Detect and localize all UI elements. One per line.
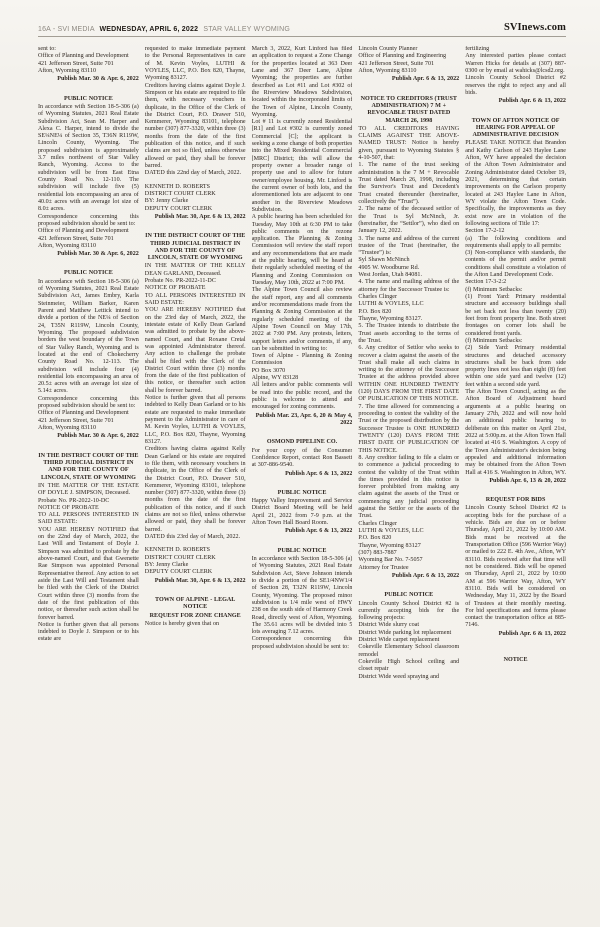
notice-text: Notice is hereby given that on: [145, 621, 246, 628]
notice-text: Office of Planning and Development: [38, 410, 139, 417]
publish-line: Publish Apr. 6 & 13, 2022: [465, 98, 566, 105]
notice-text: Office of Planning and Development: [38, 228, 139, 235]
notice-text: LUTHI & VOYLES, LLC: [358, 301, 459, 308]
notice-text: BY: Jenny Clarke: [145, 562, 246, 569]
notice-text: Probate No. PR-2022-10-DC: [38, 498, 139, 505]
notice-text: Wyoming Bar No. 7-5057: [358, 557, 459, 564]
notice-text: In accordance with Section 18-5-306 (a) …: [38, 279, 139, 396]
notice-heading: PUBLIC NOTICE: [38, 270, 139, 277]
notice-text: IN THE MATTER OF THE ESTATE OF DOYLE J. …: [38, 483, 139, 498]
notice-text: Office of Planning and Development: [38, 53, 139, 60]
notice-text: District Wide parking lot replacement: [358, 630, 459, 637]
notice-text: Cokeville Elementary School classroom re…: [358, 644, 459, 659]
notice-text: Correspondence concerning this proposed …: [252, 636, 353, 651]
notice-heading: REQUEST FOR BIDS: [465, 497, 566, 504]
publish-line: Publish Apr. 6 & 13, 2022: [358, 76, 459, 83]
notice-heading: NOTICE TO CREDITORS (TRUST ADMINISTRATIO…: [358, 96, 459, 125]
notice-text: YOU ARE HEREBY NOTIFIED that on the 22nd…: [38, 527, 139, 622]
header-region: STAR VALLEY WYOMING: [203, 26, 290, 33]
notice-text: Afton, Wyoming 83110: [38, 425, 139, 432]
notice-text: DISTRICT COURT CLERK: [145, 555, 246, 562]
notice-columns: sent to:Office of Planning and Developme…: [38, 46, 566, 920]
notice-text: (307) 883-7887: [358, 550, 459, 557]
header-date: WEDNESDAY, APRIL 6, 2022: [99, 26, 198, 33]
notice-text: The Alpine Town Council also review the …: [252, 287, 353, 353]
publish-line: Publish Apr. 6 & 13, 2022: [465, 631, 566, 638]
notice-text: Section 17-3-2:2: [465, 279, 566, 286]
publish-line: Publish Mar. 30 & Apr. 6, 2022: [38, 251, 139, 258]
notice-text: P.O. Box 820: [358, 535, 459, 542]
notice-text: PO Box 3070: [252, 368, 353, 375]
publish-line: Publish Mar. 30 & Apr. 6, 2022: [38, 433, 139, 440]
notice-column-5: fertilizingAny interested parties please…: [465, 46, 566, 920]
notice-text: Afton, Wyoming 83110: [358, 68, 459, 75]
notice-heading: OSMOND PIPELINE CO.: [252, 439, 353, 446]
notice-text: Any interested parties please contact Wa…: [465, 53, 566, 75]
notice-text: Notice is further given that all persons…: [145, 395, 246, 446]
notice-text: LUTHI & VOYLES, LLC: [358, 528, 459, 535]
notice-text: Correspondence concerning this proposed …: [38, 214, 139, 229]
notice-text: DEPUTY COURT CLERK: [145, 206, 246, 213]
notice-text: Office of Planning and Engineering: [358, 53, 459, 60]
notice-text: 7. The time allowed for commencing a pro…: [358, 404, 459, 455]
notice-text: In accordance with Section 18-5-306 (a) …: [252, 556, 353, 636]
notice-column-3: March 3, 2022, Kurt Linford has filed an…: [252, 46, 353, 920]
publish-line: Publish Apr. 6, 13 & 20, 2022: [465, 478, 566, 485]
notice-text: DEPUTY COURT CLERK: [145, 569, 246, 576]
notice-text: DISTRICT COURT CLERK: [145, 191, 246, 198]
notice-column-4: Lincoln County PlannerOffice of Planning…: [358, 46, 459, 920]
notice-text: District Wide weed spraying and: [358, 674, 459, 681]
spacer: [465, 650, 566, 656]
notice-text: 421 Jefferson Street, Suite 701: [38, 418, 139, 425]
notice-heading: IN THE DISTRICT COURT OF THE THIRD JUDIC…: [38, 453, 139, 482]
notice-column-1: sent to:Office of Planning and Developme…: [38, 46, 139, 920]
notice-text: 2. The name of the deceased settlor of t…: [358, 206, 459, 235]
newspaper-page: 16A - SVI MEDIA WEDNESDAY, APRIL 6, 2022…: [0, 0, 600, 927]
publish-line: Publish Apr. 6 & 13, 2022: [252, 528, 353, 535]
publish-line: Publish Mar. 30 & Apr. 6, 2022: [38, 76, 139, 83]
notice-text: Lincoln County School District #2 is cur…: [358, 601, 459, 623]
notice-heading: PUBLIC NOTICE: [252, 490, 353, 497]
notice-heading: IN THE DISTRICT COURT OF THE THIRD JUDIC…: [145, 233, 246, 262]
notice-text: (1) Front Yard: Primary residential stru…: [465, 294, 566, 338]
notice-text: DATED this 23rd day of March, 2022.: [145, 534, 246, 541]
notice-text: Notice is further given that all persons…: [38, 622, 139, 644]
notice-text: 1. The name of the trust seeking adminis…: [358, 162, 459, 206]
notice-text: PLEASE TAKE NOTICE that Brandon and Kath…: [465, 140, 566, 228]
notice-text: 8. Any creditor failing to file a claim …: [358, 455, 459, 521]
notice-text: All letters and/or public comments will …: [252, 382, 353, 411]
notice-text: 3. The name and address of the current t…: [358, 236, 459, 258]
notice-text: Alpine, WY 83128: [252, 375, 353, 382]
notice-heading: TOWN OF ALPINE - LEGAL NOTICE: [145, 597, 246, 612]
notice-text: 421 Jefferson Street, Suite 701: [38, 236, 139, 243]
notice-text: 6. Any creditor of Settlor who seeks to …: [358, 345, 459, 404]
notice-text: Lincoln County School District #2 reserv…: [465, 75, 566, 97]
notice-text: requested to make immediate payment to t…: [145, 46, 246, 83]
notice-text: P.O. Box 820: [358, 309, 459, 316]
notice-text: Creditors having claims against Kelly De…: [145, 446, 246, 534]
notice-text: The Afton Town Council, acting as the Af…: [465, 389, 566, 477]
notice-text: KENNETH D. ROBERTS: [145, 547, 246, 554]
notice-text: Cokeville High School ceiling and closet…: [358, 659, 459, 674]
notice-text: A public hearing has been scheduled for …: [252, 214, 353, 287]
notice-text: Correspondence concerning this proposed …: [38, 396, 139, 411]
publish-line: Publish Mar. 30, Apr. 6 & 13, 2022: [145, 214, 246, 221]
notice-text: Section 17-2-12: [465, 228, 566, 235]
notice-text: NOTICE OF PROBATE: [145, 285, 246, 292]
notice-text: (3) Non-compliance with standards, the c…: [465, 250, 566, 279]
notice-text: Probate No. PR-2022-11-DC: [145, 278, 246, 285]
notice-text: fertilizing: [465, 46, 566, 53]
notice-text: Town of Alpine - Planning & Zoning Commi…: [252, 353, 353, 368]
notice-heading: PUBLIC NOTICE: [358, 592, 459, 599]
notice-heading: NOTICE: [465, 657, 566, 664]
site-brand: SVInews.com: [504, 22, 566, 33]
publish-line: Publish Apr. 6 & 13, 2022: [252, 471, 353, 478]
notice-text: District Wide slurry coat: [358, 622, 459, 629]
notice-text: Attorney for Trustee: [358, 565, 459, 572]
publish-line: Publish Mar. 30, Apr. 6 & 13, 2022: [145, 578, 246, 585]
notice-text: Happy Valley Improvement and Service Dis…: [252, 498, 353, 527]
notice-text: Thayne, Wyoming 83127.: [358, 316, 459, 323]
notice-text: 421 Jefferson Street, Suite 701: [358, 61, 459, 68]
notice-heading: REQUEST FOR ZONE CHANGE: [145, 613, 246, 620]
notice-text: 4. The name and mailing address of the a…: [358, 279, 459, 294]
notice-text: Syl Shawn McNinch: [358, 257, 459, 264]
notice-text: Afton, Wyoming 83110: [38, 243, 139, 250]
notice-text: KENNETH D. ROBERTS: [145, 184, 246, 191]
page-number: 16A - SVI MEDIA: [38, 26, 94, 33]
notice-text: Lincoln County School District #2 is acc…: [465, 505, 566, 629]
notice-text: TO ALL CREDITORS HAVING CLAIMS AGAINST T…: [358, 126, 459, 163]
notice-text: 421 Jefferson Street, Suite 701: [38, 61, 139, 68]
notice-heading: PUBLIC NOTICE: [252, 548, 353, 555]
notice-text: Charles Clinger: [358, 294, 459, 301]
notice-text: Thayne, Wyoming 83127: [358, 543, 459, 550]
publish-line: Publish Mar. 23, Apr. 6, 20 & May 4, 202…: [252, 413, 353, 428]
notice-heading: PUBLIC NOTICE: [38, 96, 139, 103]
notice-text: BY: Jenny Clarke: [145, 198, 246, 205]
notice-text: Creditors having claims against Doyle J.…: [145, 83, 246, 171]
notice-text: March 3, 2022, Kurt Linford has filed an…: [252, 46, 353, 119]
notice-text: 4905 W. Woodburne Rd.: [358, 265, 459, 272]
notice-heading: TOWN OF AFTON NOTICE OF HEARING FOR APPE…: [465, 118, 566, 140]
notice-text: For your copy of the Consumer Confidence…: [252, 448, 353, 470]
notice-text: In accordance with Section 18-5-306 (a) …: [38, 104, 139, 214]
notice-text: NOTICE OF PROBATE: [38, 505, 139, 512]
publish-line: Publish Apr. 6 & 13, 2022: [358, 573, 459, 580]
header-left: 16A - SVI MEDIA WEDNESDAY, APRIL 6, 2022…: [38, 26, 290, 33]
notice-text: Charles Clinger: [358, 521, 459, 528]
notice-text: TO ALL PERSONS INTERESTED IN SAID ESTATE…: [145, 293, 246, 308]
notice-text: (a) The following conditions and require…: [465, 236, 566, 251]
notice-text: IN THE MATTER OF THE KELLY DEAN GARLAND,…: [145, 263, 246, 278]
notice-text: YOU ARE HEREBY NOTIFIED that on the 23rd…: [145, 307, 246, 395]
notice-text: (f) Minimum Setbacks:: [465, 287, 566, 294]
notice-text: Afton, Wyoming 83110: [38, 68, 139, 75]
page-header: 16A - SVI MEDIA WEDNESDAY, APRIL 6, 2022…: [38, 22, 566, 37]
notice-text: (2) Side Yard: Primary residential struc…: [465, 345, 566, 389]
notice-text: TO ALL PERSONS INTERESTED IN SAID ESTATE…: [38, 512, 139, 527]
notice-text: DATED this 22nd day of March, 2022.: [145, 170, 246, 177]
notice-text: 5. The Trustee intends to distribute the…: [358, 323, 459, 345]
notice-column-2: requested to make immediate payment to t…: [145, 46, 246, 920]
notice-text: District Wide carpet replacement: [358, 637, 459, 644]
notice-text: Lot # 11 is currently zoned Residential …: [252, 119, 353, 214]
